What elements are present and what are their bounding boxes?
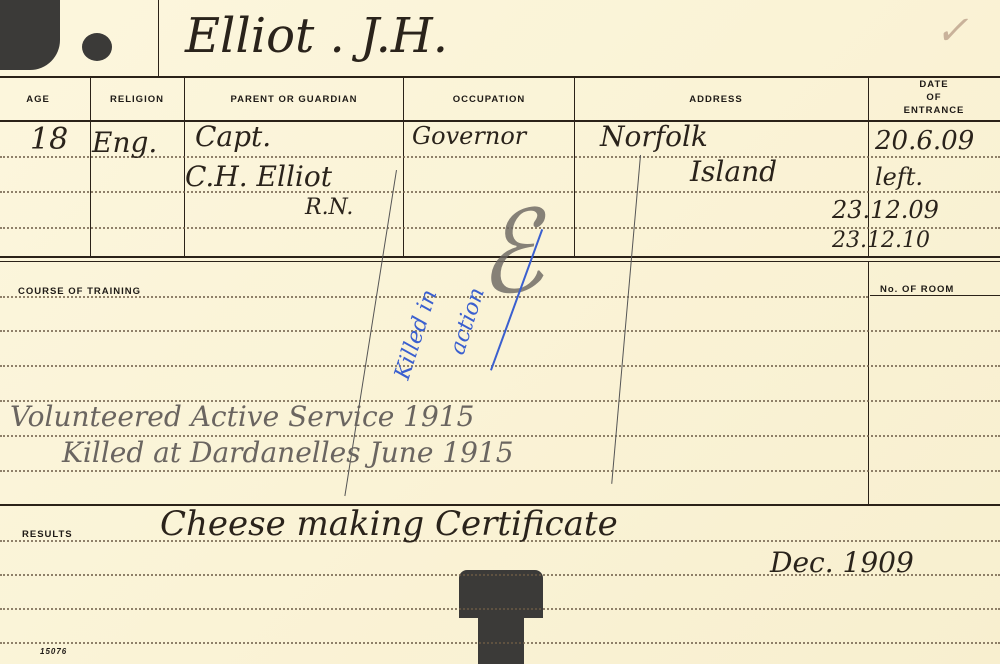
entry-date-1: 20.6.09 bbox=[875, 126, 974, 156]
header-parent: PARENT OR GUARDIAN bbox=[230, 94, 357, 105]
header-religion: RELIGION bbox=[110, 94, 164, 105]
label-results: RESULTS bbox=[22, 529, 73, 540]
entry-date-3: 23.12.09 bbox=[832, 196, 939, 224]
entry-date-4: 23.12.10 bbox=[832, 228, 930, 253]
torn-corner bbox=[0, 0, 60, 70]
name-divider bbox=[158, 0, 159, 76]
rule bbox=[0, 365, 1000, 367]
entry-parent-3: R.N. bbox=[305, 195, 353, 220]
room-underline bbox=[870, 295, 1000, 296]
entry-parent-2: C.H. Elliot bbox=[185, 160, 332, 193]
entry-age: 18 bbox=[30, 122, 68, 157]
entry-address-1: Norfolk bbox=[600, 120, 708, 153]
result-2: Dec. 1909 bbox=[770, 546, 914, 579]
header-date-1: DATE bbox=[919, 79, 948, 90]
col-line-age bbox=[90, 76, 91, 258]
header-age: AGE bbox=[26, 94, 50, 105]
check-mark: ✓ bbox=[935, 8, 969, 54]
rule bbox=[0, 642, 1000, 644]
header-top-line bbox=[0, 76, 1000, 78]
rule bbox=[0, 470, 1000, 472]
student-name: Elliot . J.H. bbox=[185, 8, 448, 64]
course-note-1: Volunteered Active Service 1915 bbox=[10, 400, 474, 433]
course-note-2: Killed at Dardanelles June 1915 bbox=[62, 436, 514, 469]
col-line-room bbox=[868, 261, 869, 504]
rule bbox=[0, 608, 1000, 610]
rule bbox=[0, 330, 1000, 332]
entry-religion: Eng. bbox=[92, 126, 157, 159]
punch-hole bbox=[82, 33, 112, 61]
col-line-occupation bbox=[574, 76, 575, 258]
header-address: ADDRESS bbox=[689, 94, 742, 105]
entry-address-2: Island bbox=[690, 155, 777, 188]
bottom-notch-stem bbox=[478, 610, 524, 664]
label-no-of-room: No. OF ROOM bbox=[880, 284, 954, 295]
card-serial: 15076 bbox=[40, 647, 67, 656]
entry-occupation: Governor bbox=[412, 122, 526, 150]
entry-parent-1: Capt. bbox=[195, 120, 271, 153]
entry-date-2: left. bbox=[875, 163, 923, 191]
header-occupation: OCCUPATION bbox=[453, 94, 525, 105]
label-course-of-training: COURSE OF TRAINING bbox=[18, 286, 141, 297]
blue-annotation-1: Killed in bbox=[390, 287, 442, 383]
col-line-parent bbox=[403, 76, 404, 258]
result-1: Cheese making Certificate bbox=[160, 504, 618, 544]
header-date-2: OF bbox=[926, 92, 941, 103]
record-card: Elliot . J.H. ✓ AGE RELIGION PARENT OR G… bbox=[0, 0, 1000, 664]
header-date-3: ENTRANCE bbox=[904, 105, 965, 116]
